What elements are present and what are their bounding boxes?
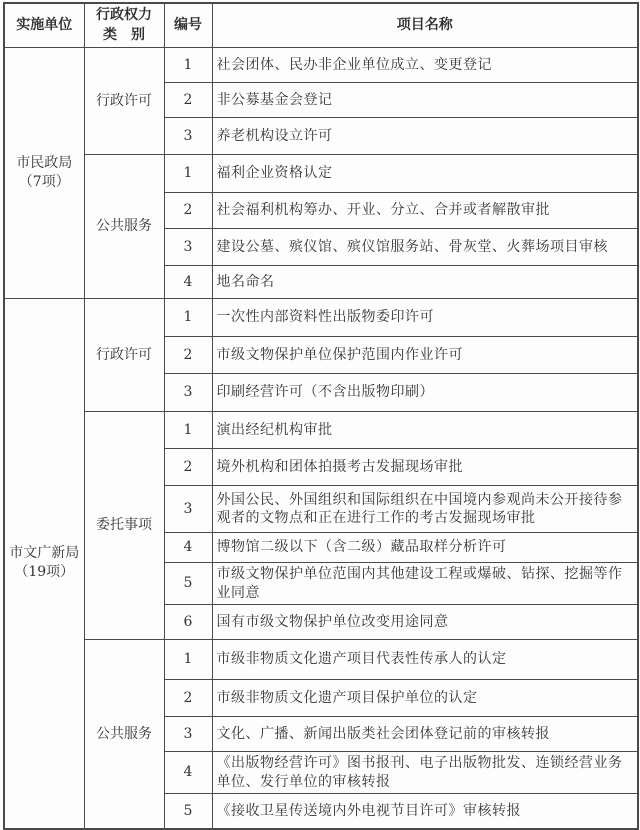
project-name: 社会团体、民办非企业单位成立、变更登记 — [212, 48, 638, 83]
project-name: 市级非物质文化遗产项目保护单位的认定 — [212, 680, 638, 717]
project-name: 外国公民、外国组织和国际组织在中国境内参观尚未公开接待参观者的文物点和正在进行工… — [212, 486, 638, 533]
project-name: 印刷经营许可（不含出版物印刷） — [212, 374, 638, 412]
unit-cell-wenguangxin: 市文广新局 （19项） — [4, 299, 84, 829]
item-number: 4 — [164, 752, 212, 794]
item-number: 1 — [164, 48, 212, 83]
item-number: 5 — [164, 563, 212, 605]
project-name: 非公募基金会登记 — [212, 83, 638, 118]
project-name: 《接收卫星传送境内外电视节目许可》审核转报 — [212, 794, 638, 829]
col-header-category: 行政权力 类 别 — [84, 3, 164, 48]
document-page: 实施单位 行政权力 类 别 编号 项目名称 市民政局 （7项） 行政许可 1 社… — [0, 0, 640, 822]
project-name: 市级文物保护单位保护范围内作业许可 — [212, 337, 638, 374]
table-row: 市文广新局 （19项） 行政许可 1 一次性内部资料性出版物委印许可 — [4, 299, 638, 337]
unit-name: 市民政局 — [9, 154, 80, 174]
item-number: 1 — [164, 155, 212, 193]
table-row: 公共服务 1 福利企业资格认定 — [4, 155, 638, 193]
item-number: 3 — [164, 486, 212, 533]
item-number: 1 — [164, 412, 212, 449]
table-row: 委托事项 1 演出经纪机构审批 — [4, 412, 638, 449]
category-cell: 公共服务 — [84, 640, 164, 829]
col-header-unit: 实施单位 — [4, 3, 84, 48]
project-name: 市级非物质文化遗产项目代表性传承人的认定 — [212, 640, 638, 680]
project-name: 养老机构设立许可 — [212, 118, 638, 155]
item-number: 3 — [164, 118, 212, 155]
item-number: 2 — [164, 193, 212, 229]
project-name: 国有市级文物保护单位改变用途同意 — [212, 605, 638, 640]
item-number: 2 — [164, 680, 212, 717]
project-name: 社会福利机构筹办、开业、分立、合并或者解散审批 — [212, 193, 638, 229]
category-cell: 委托事项 — [84, 412, 164, 640]
table-row: 市民政局 （7项） 行政许可 1 社会团体、民办非企业单位成立、变更登记 — [4, 48, 638, 83]
item-number: 2 — [164, 449, 212, 486]
unit-cell-minzheng: 市民政局 （7项） — [4, 48, 84, 299]
item-number: 4 — [164, 266, 212, 299]
project-name: 建设公墓、殡仪馆、殡仪馆服务站、骨灰堂、火葬场项目审核 — [212, 229, 638, 266]
item-number: 2 — [164, 83, 212, 118]
project-name: 演出经纪机构审批 — [212, 412, 638, 449]
item-number: 6 — [164, 605, 212, 640]
item-number: 2 — [164, 337, 212, 374]
project-name: 《出版物经营许可》图书报刊、电子出版物批发、连锁经营业务单位、发行单位的审核转报 — [212, 752, 638, 794]
col-header-number: 编号 — [164, 3, 212, 48]
category-cell: 公共服务 — [84, 155, 164, 299]
project-name: 境外机构和团体拍摄考古发掘现场审批 — [212, 449, 638, 486]
item-number: 3 — [164, 229, 212, 266]
project-name: 文化、广播、新闻出版类社会团体登记前的审核转报 — [212, 717, 638, 752]
category-cell: 行政许可 — [84, 48, 164, 155]
project-name: 福利企业资格认定 — [212, 155, 638, 193]
item-number: 1 — [164, 299, 212, 337]
col-header-category-line2: 类 别 — [89, 26, 160, 46]
administrative-items-table: 实施单位 行政权力 类 别 编号 项目名称 市民政局 （7项） 行政许可 1 社… — [3, 2, 639, 830]
item-number: 1 — [164, 640, 212, 680]
project-name: 地名命名 — [212, 266, 638, 299]
unit-name: 市文广新局 — [9, 544, 80, 564]
col-header-project: 项目名称 — [212, 3, 638, 48]
item-number: 3 — [164, 374, 212, 412]
project-name: 一次性内部资料性出版物委印许可 — [212, 299, 638, 337]
unit-count: （7项） — [9, 173, 80, 193]
category-cell: 行政许可 — [84, 299, 164, 412]
project-name: 市级文物保护单位范围内其他建设工程或爆破、钻探、挖掘等作业同意 — [212, 563, 638, 605]
item-number: 4 — [164, 533, 212, 563]
header-row: 实施单位 行政权力 类 别 编号 项目名称 — [4, 3, 638, 48]
unit-count: （19项） — [9, 563, 80, 583]
item-number: 5 — [164, 794, 212, 829]
table-row: 公共服务 1 市级非物质文化遗产项目代表性传承人的认定 — [4, 640, 638, 680]
project-name: 博物馆二级以下（含二级）藏品取样分析许可 — [212, 533, 638, 563]
item-number: 3 — [164, 717, 212, 752]
col-header-category-line1: 行政权力 — [89, 6, 160, 26]
